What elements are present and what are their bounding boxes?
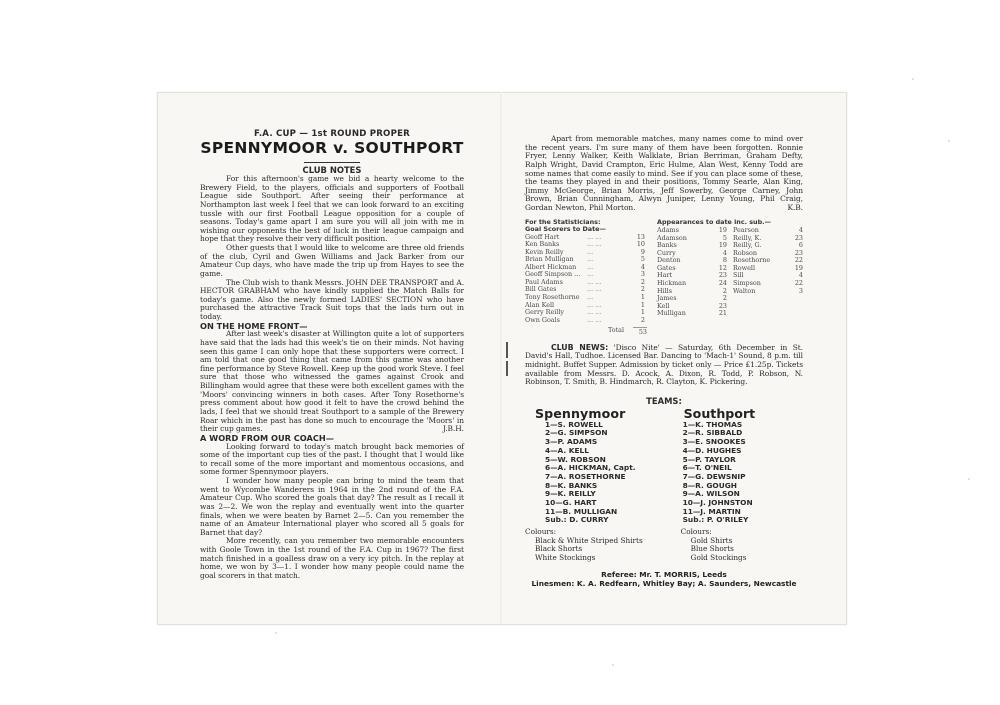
appearances-column: Adams19Adamson5Banks19Curry4Denton8Gates…: [657, 227, 727, 318]
match-officials: Referee: Mr. T. MORRIS, Leeds Linesmen: …: [525, 570, 803, 588]
scorer-name: Albert Hickman: [525, 264, 587, 272]
memories-text: Apart from memorable matches, many names…: [525, 134, 803, 212]
away-team: Southport 1—K. THOMAS2—R. SIBBALD3—E. SN…: [656, 407, 803, 562]
scorer-row: Paul Adams... ...2: [525, 279, 647, 287]
scorer-leader-dots: ... ...: [587, 241, 627, 249]
away-team-name: Southport: [676, 407, 803, 421]
paper-speck: [968, 478, 970, 480]
home-team-sub: Sub.: D. CURRY: [545, 516, 656, 525]
away-team-lineup: 1—K. THOMAS2—R. SIBBALD3—E. SNOOKES4—D. …: [676, 421, 803, 517]
home-team-name: Spennymoor: [535, 407, 656, 421]
scorer-row: Tony Rosethorne...1: [525, 294, 647, 302]
coach-paragraph: Looking forward to today's match brought…: [200, 443, 464, 478]
scorer-name: Brian Mulligan: [525, 256, 587, 264]
staple-gap: [506, 358, 508, 361]
total-value: 53: [633, 327, 647, 337]
scorer-name: Geoff Hart: [525, 234, 587, 242]
appearances-heading: Appearances to date inc. sub.—: [657, 219, 805, 227]
home-front-signature: J.B.H.: [417, 425, 464, 434]
scorer-row: Bill Gates... ...2: [525, 286, 647, 294]
home-team: Spennymoor 1—S. ROWELL2—G. SIMPSON3—P. A…: [525, 407, 656, 562]
scorer-leader-dots: ... ...: [587, 286, 627, 294]
scorer-row: Gerry Reilly... ...1: [525, 309, 647, 317]
paper-speck: [912, 78, 914, 80]
away-team-sub-list: Sub.: P. O'RILEY: [676, 516, 803, 525]
scorer-row: Geoff Simpson ......3: [525, 271, 647, 279]
away-team-sub: Sub.: P. O'RILEY: [683, 516, 803, 525]
scorer-row: Kevin Reilly...9: [525, 249, 647, 257]
coach-paragraph: More recently, can you remember two memo…: [200, 537, 464, 580]
memories-signature: K.B.: [761, 204, 803, 213]
centre-fold: [500, 92, 502, 624]
scorer-row: Alan Kell... ...1: [525, 302, 647, 310]
programme-spread: F.A. CUP — 1st ROUND PROPER SPENNYMOOR v…: [157, 92, 847, 625]
club-notes-paragraph: Other guests that I would like to welcom…: [200, 244, 464, 279]
statistics-section: For the Statisticians: Goal Scorers to D…: [525, 219, 803, 344]
goal-scorers-table: For the Statisticians: Goal Scorers to D…: [525, 219, 647, 337]
left-page: F.A. CUP — 1st ROUND PROPER SPENNYMOOR v…: [158, 93, 501, 624]
referee: Referee: Mr. T. MORRIS, Leeds: [525, 570, 803, 579]
scorer-name: Tony Rosethorne: [525, 294, 587, 302]
appearance-player: Mulligan: [657, 310, 686, 318]
colours-list: Gold ShirtsBlue ShortsGold Stockings: [681, 537, 803, 563]
linesmen: Linesmen: K. A. Redfearn, Whitley Bay; A…: [525, 579, 803, 588]
scorer-name: Paul Adams: [525, 279, 587, 287]
colour-item: Gold Stockings: [691, 554, 803, 563]
home-team-lineup: 1—S. ROWELL2—G. SIMPSON3—P. ADAMS4—A. KE…: [535, 421, 656, 517]
goal-scorers-heading: Goal Scorers to Date—: [525, 226, 647, 234]
scorer-leader-dots: ... ...: [587, 317, 627, 325]
scorer-name: Gerry Reilly: [525, 309, 587, 317]
scorer-leader-dots: ...: [587, 249, 627, 257]
scorer-goals: 2: [627, 317, 645, 325]
club-notes-paragraph: For this afternoon's game we bid a heart…: [200, 175, 464, 244]
scorer-row: Geoff Hart... ...13: [525, 234, 647, 242]
appearances-table: Appearances to date inc. sub.— Adams19Ad…: [657, 219, 805, 318]
scorer-name: Own Goals: [525, 317, 587, 325]
scorer-leader-dots: ...: [587, 264, 627, 272]
competition-heading: F.A. CUP — 1st ROUND PROPER: [200, 129, 464, 139]
paper-speck: [612, 664, 614, 666]
memories-paragraph: Apart from memorable matches, many names…: [525, 135, 803, 213]
scorer-name: Kevin Reilly: [525, 249, 587, 257]
colour-item: White Stockings: [535, 554, 656, 563]
away-team-colours: Colours: Gold ShirtsBlue ShortsGold Stoc…: [681, 528, 803, 562]
scorer-leader-dots: ...: [587, 256, 627, 264]
appearance-row: Mulligan21: [657, 310, 727, 318]
right-page: Apart from memorable matches, many names…: [503, 93, 846, 624]
appearance-row: Walton3: [733, 288, 803, 296]
home-team-colours: Colours: Black & White Striped ShirtsBla…: [525, 528, 656, 562]
home-front-paragraph: After last week's disaster at Willington…: [200, 330, 464, 434]
coach-paragraph: I wonder how many people can bring to mi…: [200, 477, 464, 537]
appearance-player: Walton: [733, 288, 755, 296]
colours-list: Black & White Striped ShirtsBlack Shorts…: [525, 537, 656, 563]
paper-speck: [275, 632, 277, 634]
club-news-paragraph: CLUB NEWS: 'Disco Nite' — Saturday, 6th …: [525, 344, 803, 387]
goal-scorers-rows: Geoff Hart... ...13Ken Banks... ...10Kev…: [525, 234, 647, 325]
club-notes-paragraph: The Club wish to thank Messrs. JOHN DEE …: [200, 279, 464, 322]
goal-scorers-total-row: Total 53: [525, 327, 647, 337]
scorer-name: Bill Gates: [525, 286, 587, 294]
paper-speck: [948, 140, 950, 142]
appearance-count: 3: [789, 288, 803, 296]
scorer-row: Ken Banks... ...10: [525, 241, 647, 249]
fixture-title: SPENNYMOOR v. SOUTHPORT: [200, 140, 464, 157]
scorer-row: Albert Hickman...4: [525, 264, 647, 272]
appearances-column: Pearson4Reilly, K.23Reilly, G.6Robson23R…: [733, 227, 803, 318]
title-rule: [304, 162, 360, 163]
team-sheets: Spennymoor 1—S. ROWELL2—G. SIMPSON3—P. A…: [525, 407, 803, 562]
teams-heading: TEAMS:: [525, 396, 803, 406]
scorer-row: Own Goals... ...2: [525, 317, 647, 325]
home-team-sub-list: Sub.: D. CURRY: [535, 516, 656, 525]
home-front-text: After last week's disaster at Willington…: [200, 329, 464, 433]
total-label: Total: [608, 327, 624, 337]
scorer-name: Geoff Simpson ...: [525, 271, 587, 279]
scorer-row: Brian Mulligan...5: [525, 256, 647, 264]
scorer-name: Alan Kell: [525, 302, 587, 310]
scorer-name: Ken Banks: [525, 241, 587, 249]
appearance-count: 21: [713, 310, 727, 318]
